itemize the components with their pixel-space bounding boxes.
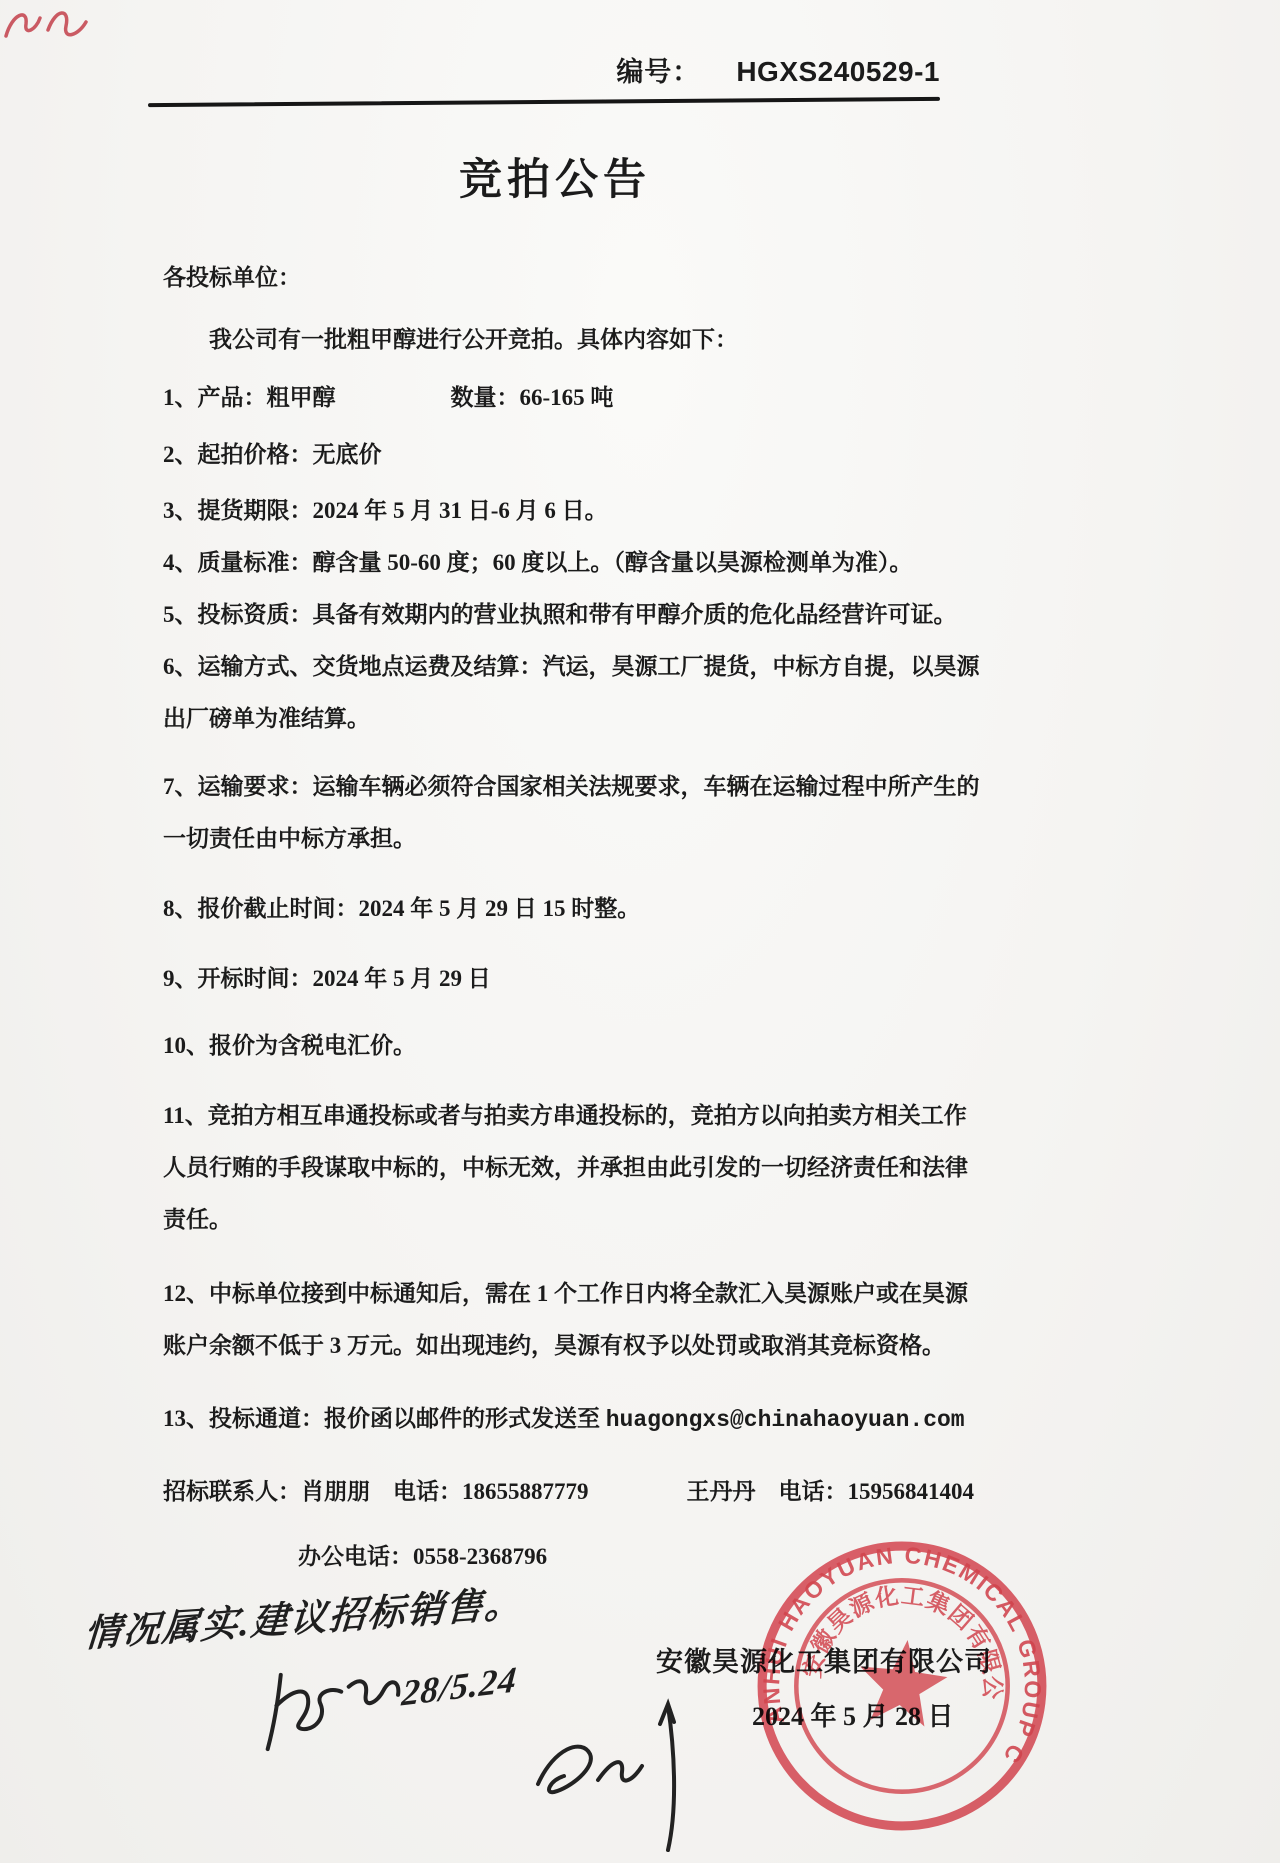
contact-phone-2: 15956841404: [848, 1479, 975, 1504]
office-phone-label: 办公电话：: [298, 1544, 413, 1569]
contact-phone-2-label: 电话：: [756, 1479, 848, 1504]
doc-item-5: 5、投标资质：具备有效期内的营业执照和带有甲醇介质的危化品经营许可证。: [163, 589, 985, 641]
contacts-row: 招标联系人：肖朋朋 电话：18655887779 王丹丹 电话：15956841…: [163, 1466, 985, 1518]
intro-paragraph: 我公司有一批粗甲醇进行公开竞拍。具体内容如下：: [163, 314, 985, 366]
stamp-star-icon: [854, 1635, 952, 1729]
contact-group-1: 招标联系人：肖朋朋 电话：18655887779: [163, 1466, 589, 1518]
stamp-english-text: ANHUI HAOYUAN CHEMICAL GROUP CO., LTD.: [729, 1512, 1067, 1771]
signature-scrawl: [520, 1688, 720, 1863]
contact-person-1: 肖朋朋: [301, 1479, 370, 1504]
document-body: 各投标单位： 我公司有一批粗甲醇进行公开竞拍。具体内容如下： 1、产品：粗甲醇 …: [163, 252, 985, 1583]
company-stamp: ANHUI HAOYUAN CHEMICAL GROUP CO., LTD. 安…: [728, 1512, 1076, 1860]
doc-item-6: 6、运输方式、交货地点运费及结算：汽运，昊源工厂提货，中标方自提，以昊源出厂磅单…: [163, 641, 985, 745]
contact-group-2: 王丹丹 电话：15956841404: [687, 1466, 975, 1518]
contact-person-2: 王丹丹: [687, 1479, 756, 1504]
scanned-document-page: 编号：HGXS240529-1 竞拍公告 各投标单位： 我公司有一批粗甲醇进行公…: [0, 0, 1280, 1863]
handwritten-approval: 28/5.24: [254, 1636, 523, 1753]
contact-label: 招标联系人：: [163, 1479, 301, 1504]
bid-email: huagongxs@chinahaoyuan.com: [606, 1407, 965, 1433]
doc-item-10: 10、报价为含税电汇价。: [163, 1020, 985, 1072]
document-number: 编号：HGXS240529-1: [0, 50, 940, 89]
doc-item-1: 1、产品：粗甲醇 数量：66-165 吨: [163, 372, 985, 424]
doc-item-3: 3、提货期限：2024 年 5 月 31 日-6 月 6 日。: [163, 485, 985, 537]
handwritten-date: 28/5.24: [400, 1658, 519, 1715]
corner-red-mark: [0, 0, 92, 54]
header-rule: [148, 97, 940, 107]
office-phone: 0558-2368796: [413, 1544, 547, 1569]
handwritten-signature-strokes: [254, 1650, 413, 1754]
document-number-label: 编号：: [616, 57, 700, 87]
doc-item-7: 7、运输要求：运输车辆必须符合国家相关法规要求，车辆在运输过程中所产生的一切责任…: [163, 761, 985, 865]
document-number-value: HGXS240529-1: [736, 56, 940, 87]
contact-phone-1: 18655887779: [462, 1479, 589, 1504]
doc-item-13: 13、投标通道：报价函以邮件的形式发送至 huagongxs@chinahaoy…: [163, 1393, 985, 1446]
doc-item-4: 4、质量标准：醇含量 50-60 度；60 度以上。（醇含量以昊源检测单为准）。: [163, 537, 985, 589]
doc-item-2: 2、起拍价格：无底价: [163, 429, 985, 481]
contact-phone-1-label: 电话：: [370, 1479, 462, 1504]
doc-item-12: 12、中标单位接到中标通知后，需在 1 个工作日内将全款汇入昊源账户或在昊源账户…: [163, 1268, 985, 1372]
doc-item-11: 11、竞拍方相互串通投标或者与拍卖方串通投标的，竞拍方以向拍卖方相关工作人员行贿…: [163, 1090, 985, 1246]
doc-item-8: 8、报价截止时间：2024 年 5 月 29 日 15 时整。: [163, 883, 985, 935]
svg-text:ANHUI HAOYUAN CHEMICAL GROUP C: ANHUI HAOYUAN CHEMICAL GROUP CO., LTD.: [729, 1512, 1067, 1771]
page-title: 竞拍公告: [160, 146, 950, 207]
doc-item-9: 9、开标时间：2024 年 5 月 29 日: [163, 953, 985, 1005]
doc-item-13-text: 13、投标通道：报价函以邮件的形式发送至: [163, 1406, 606, 1431]
salutation: 各投标单位：: [163, 252, 985, 304]
